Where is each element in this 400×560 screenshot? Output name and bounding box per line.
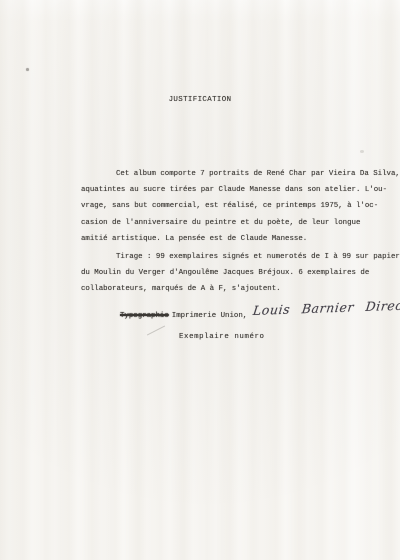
paper-smudge [360,150,364,153]
typed-line: vrage, sans but commercial, est réalisé,… [81,198,396,214]
imprint-line: TypographieImprimerie Union,Louis Barnie… [120,305,400,324]
struck-out-word: Typographie [120,312,169,320]
typed-line: Tirage : 99 exemplaires signés et numero… [81,249,396,265]
typed-line: du Moulin du Verger d'Angoulême Jacques … [81,265,396,281]
paragraph-tirage: Tirage : 99 exemplaires signés et numero… [81,249,396,298]
scanned-document-page: JUSTIFICATION Cet album comporte 7 portr… [0,0,400,560]
typed-line: amitié artistique. La pensée est de Clau… [81,231,396,247]
typed-line: collaborateurs, marqués de A à F, s'ajou… [81,281,396,297]
handwritten-annotation: Louis Barnier Directeur . [252,296,400,319]
imprint-typed-text: Imprimerie Union, [172,312,247,320]
paragraph-description: Cet album comporte 7 portraits de René C… [81,166,396,247]
exemplaire-number-line: Exemplaire numéro [179,333,265,341]
typed-line: aquatintes au sucre tirées par Claude Ma… [81,182,396,198]
paper-scratch-mark [147,326,165,336]
typed-line: casion de l'anniversaire du peintre et d… [81,215,396,231]
typed-line: Cet album comporte 7 portraits de René C… [81,166,396,182]
paper-speck [26,68,29,71]
page-title: JUSTIFICATION [0,96,400,104]
